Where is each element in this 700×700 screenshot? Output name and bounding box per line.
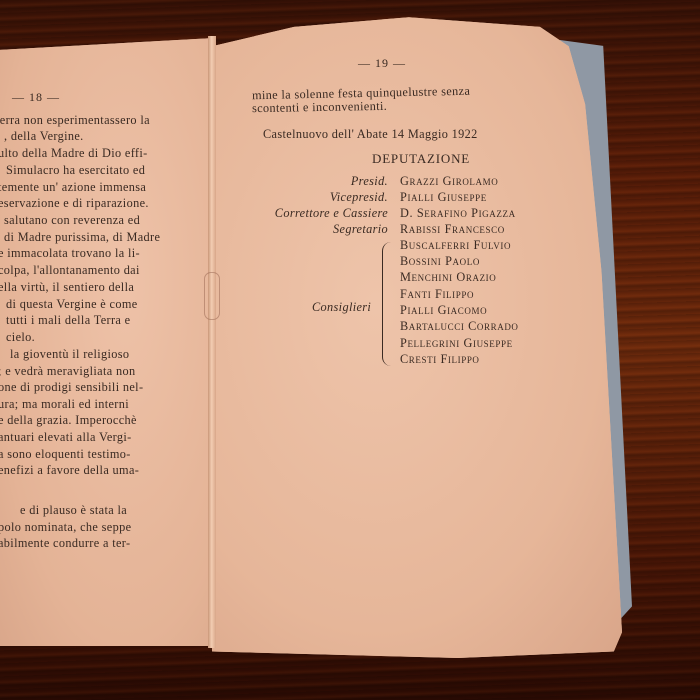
text-line: salutano con reverenza ed [4, 213, 140, 228]
councillor-name: Fanti Filippo [400, 287, 474, 302]
photo-scene: — 18 — terra non esperimentassero la , d… [0, 0, 700, 700]
text-line: di Madre purissima, di Madre [4, 230, 160, 245]
officer-name: Pialli Giuseppe [400, 190, 487, 205]
text-line: terra non esperimentassero la [0, 113, 150, 128]
heading-deputazione: DEPUTAZIONE [372, 151, 470, 167]
officer-name: Rabissi Francesco [400, 222, 505, 237]
text-line: colpa, l'allontanamento dai [0, 263, 140, 278]
role-label: Vicepresid. [250, 190, 388, 205]
role-label: Presid. [250, 174, 388, 189]
text-line: Simulacro ha esercitato ed [6, 163, 145, 178]
councillor-name: Menchini Orazio [400, 270, 496, 285]
brace-bracket [382, 242, 391, 366]
place-date: Castelnuovo dell' Abate 14 Maggio 1922 [263, 127, 478, 142]
text-line: e della grazia. Imperocchè [0, 413, 137, 428]
text-line: antuari elevati alla Vergi- [0, 430, 132, 445]
text-line: a sono eloquenti testimo- [0, 447, 131, 462]
councillor-name: Bartalucci Corrado [400, 319, 519, 334]
officer-name: D. Serafino Pigazza [400, 206, 516, 221]
text-line: one di prodigi sensibili nel- [0, 380, 143, 395]
role-label: Segretario [250, 222, 388, 237]
text-line: enefizi a favore della uma- [0, 463, 139, 478]
page-number-left: — 18 — [12, 90, 60, 105]
text-line: ella virtù, il sentiero della [0, 280, 134, 295]
text-line: ulto della Madre di Dio effi- [0, 146, 148, 161]
text-line: la gioventù il religioso [10, 347, 129, 362]
page-number-right: — 19 — [358, 56, 406, 71]
text-line: polo nominata, che seppe [0, 520, 131, 535]
text-line: e immacolata trovano la li- [0, 246, 140, 261]
councillor-name: Bossini Paolo [400, 254, 480, 269]
text-line: ; e vedrà meravigliata non [0, 364, 135, 379]
book-gutter [208, 36, 216, 648]
text-line: temente un' azione immensa [0, 180, 146, 195]
text-line: , della Vergine. [4, 129, 84, 144]
text-line: cielo. [6, 330, 35, 345]
text-line: eservazione e di riparazione. [0, 196, 149, 211]
role-label: Correttore e Cassiere [250, 206, 388, 221]
text-line: scontenti e inconvenienti. [252, 99, 387, 116]
officer-name: Grazzi Girolamo [400, 174, 498, 189]
text-line: abilmente condurre a ter- [0, 536, 130, 551]
text-line: di questa Vergine è come [6, 297, 138, 312]
councillors-label: Consiglieri [312, 300, 371, 315]
councillor-name: Pialli Giacomo [400, 303, 487, 318]
councillor-name: Pellegrini Giuseppe [400, 336, 513, 351]
councillor-name: Cresti Filippo [400, 352, 480, 367]
text-line: e di plauso è stata la [20, 503, 127, 518]
text-line: tutti i mali della Terra e [6, 313, 130, 328]
text-line: ura; ma morali ed interni [0, 397, 129, 412]
staple-mark [204, 272, 220, 320]
councillor-name: Buscalferri Fulvio [400, 238, 511, 253]
